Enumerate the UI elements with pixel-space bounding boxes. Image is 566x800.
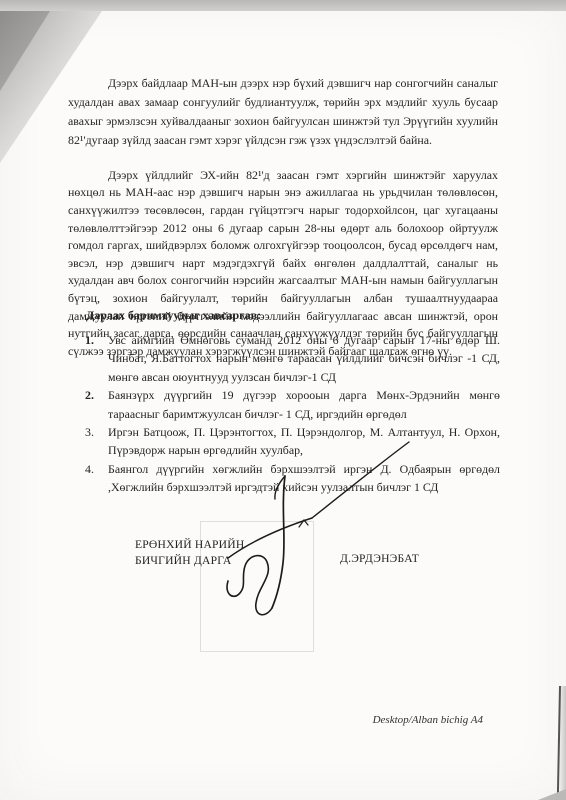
signature-scribble	[215, 428, 415, 628]
page-right-edge-shade	[560, 686, 566, 800]
attachment-item-2: 2. Баянзүрх дүүргийн 19 дүгээр хорооын д…	[68, 386, 500, 423]
signatory-name: Д.ЭРДЭНЭБАТ	[340, 552, 419, 565]
attachment-item-text: Увс аймгийн Өмнөговь суманд 2012 оны 6 д…	[108, 333, 500, 384]
attachment-item-number: 4.	[85, 460, 94, 478]
footer-file-note: Desktop/Alban bichig A4	[373, 714, 483, 726]
scanner-edge-strip	[0, 0, 566, 11]
attachment-item-number: 1.	[85, 331, 94, 349]
attachment-item-number: 2.	[85, 386, 94, 404]
scanned-document-page: Дээрх байдлаар МАН-ын дээрх нэр бүхий дэ…	[0, 0, 566, 800]
bottom-right-scan-corner	[538, 789, 566, 800]
attachment-item-1: 1. Увс аймгийн Өмнөговь суманд 2012 оны …	[68, 331, 500, 386]
attachment-item-text: Баянзүрх дүүргийн 19 дүгээр хорооын дарг…	[108, 388, 500, 420]
attachment-item-number: 3.	[85, 423, 94, 441]
attachments-heading: Дараах баримтуудыг хавсаргав:	[86, 308, 261, 323]
paragraph-1: Дээрх байдлаар МАН-ын дээрх нэр бүхий дэ…	[68, 74, 498, 150]
